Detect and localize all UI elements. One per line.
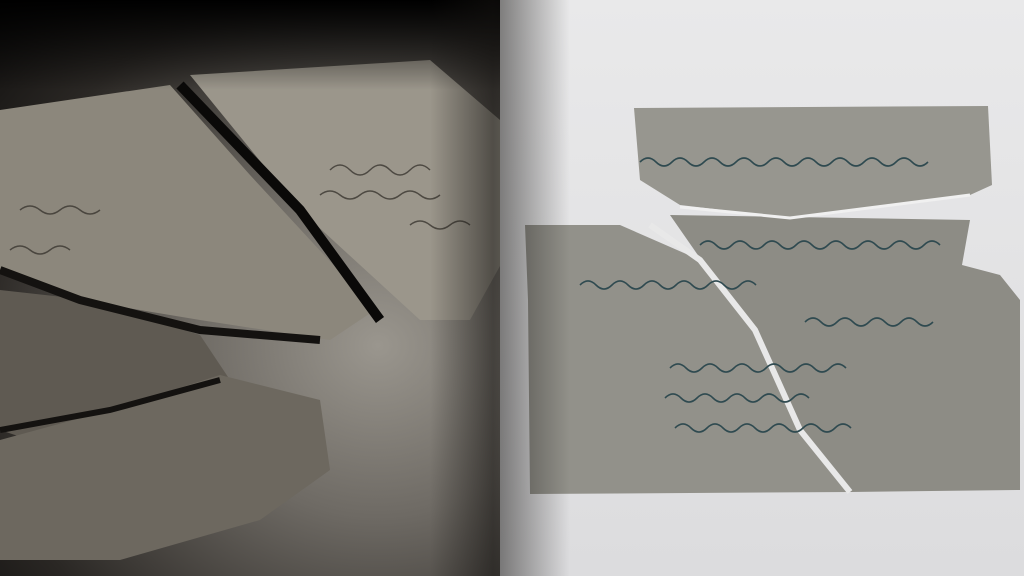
panel-blend-shadow (430, 0, 570, 576)
right-panel-bright-photo (500, 0, 1024, 576)
bright-tablet-fragments (500, 0, 1024, 576)
photo-scene (0, 0, 1024, 576)
